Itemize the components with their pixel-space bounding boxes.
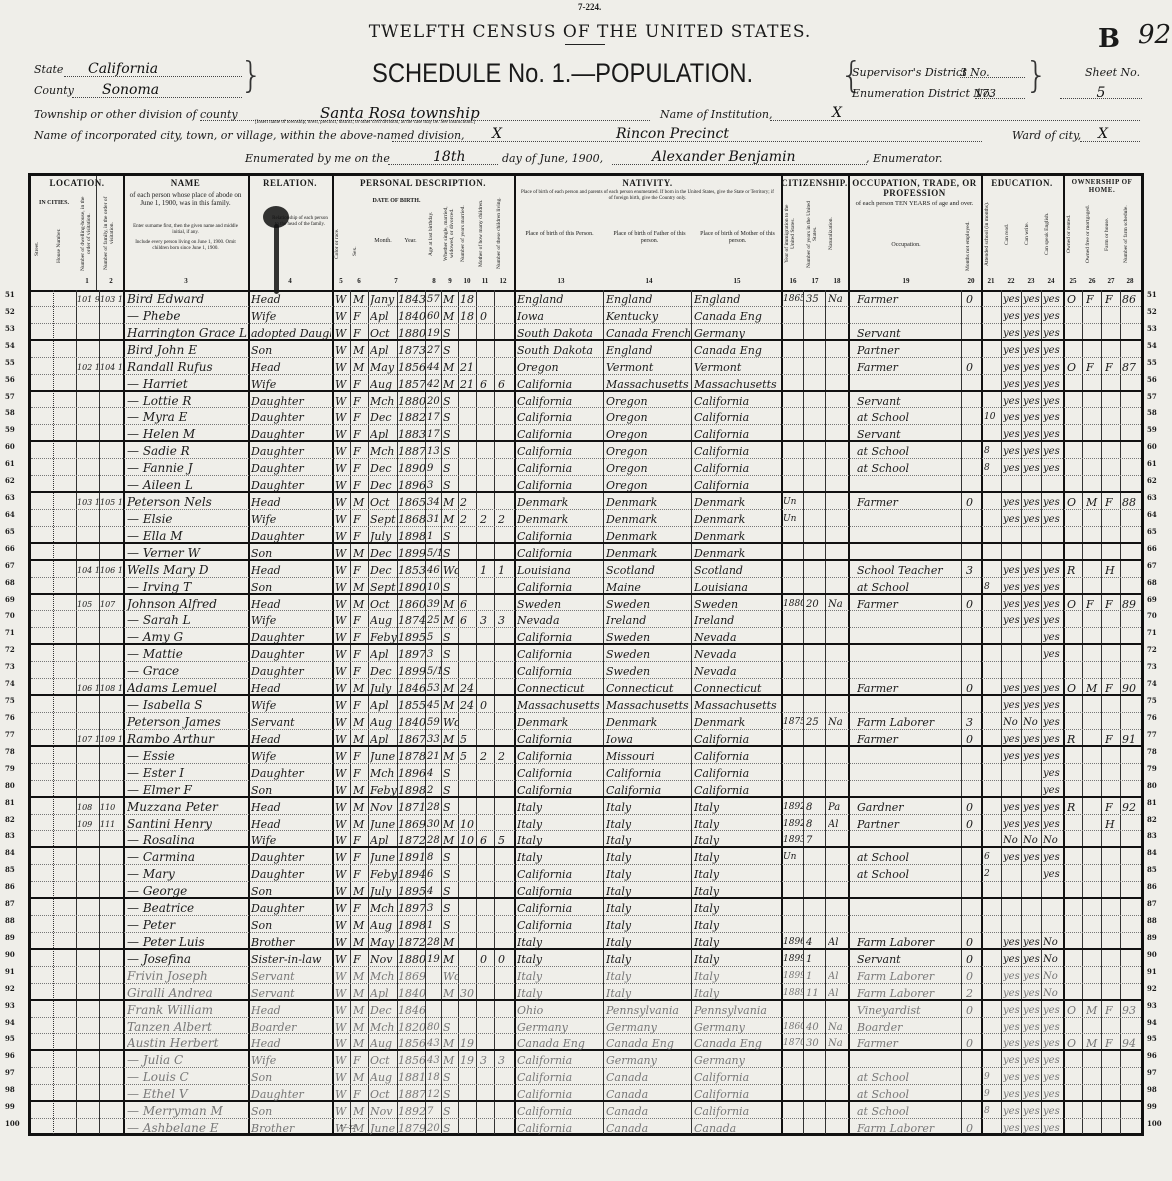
relation: Son xyxy=(251,1103,331,1120)
marital-status: S xyxy=(443,426,458,443)
birthplace-mother: Vermont xyxy=(694,359,780,376)
birthplace-mother: Italy xyxy=(694,832,780,849)
sex: M xyxy=(353,680,367,697)
birth-year: 1840 xyxy=(398,714,425,731)
row-number-left: 91 xyxy=(5,967,15,976)
relation: Son xyxy=(251,782,331,799)
occupation: Farmer xyxy=(857,731,961,748)
owned-or-rented: R xyxy=(1067,731,1082,748)
col-number: 4 xyxy=(280,277,300,285)
sex: F xyxy=(353,951,367,968)
can-speak-english: yes xyxy=(1043,1002,1062,1019)
birthplace-mother: Sweden xyxy=(694,596,780,613)
free-or-mortgaged: F xyxy=(1086,596,1101,613)
birth-year: 1890 xyxy=(398,579,425,596)
relation: Wife xyxy=(251,748,331,765)
table-row: 79 — Ester I Daughter W F Mch 1896 4 S C… xyxy=(31,764,1141,781)
birth-month: Apl xyxy=(370,985,397,1002)
col-number: 10 xyxy=(459,277,475,285)
person-name: — Julia C xyxy=(127,1052,247,1069)
birthplace-person: Italy xyxy=(517,799,602,816)
state-label: State xyxy=(34,63,63,76)
row-number-left: 90 xyxy=(5,950,15,959)
dwelling-number: 106 104 xyxy=(77,680,99,697)
ward-value: X xyxy=(1098,126,1108,142)
row-number-left: 72 xyxy=(5,645,15,654)
can-read: yes xyxy=(1003,494,1021,511)
col-number: 19 xyxy=(896,277,916,285)
birthplace-person: Italy xyxy=(517,849,602,866)
color: W xyxy=(335,291,349,308)
can-write: yes xyxy=(1023,1035,1041,1052)
birthplace-person: California xyxy=(517,579,602,596)
years-in-us: 7 xyxy=(806,832,825,849)
year-of-immigration: 1893 xyxy=(783,832,803,849)
birth-year: 1891 xyxy=(398,849,425,866)
birth-year: 1895 xyxy=(398,883,425,900)
age: 28 xyxy=(427,799,441,816)
occupation: School Teacher xyxy=(857,562,961,579)
can-write: yes xyxy=(1023,579,1041,596)
can-write: yes xyxy=(1023,985,1041,1002)
birth-month: Aug xyxy=(370,714,397,731)
enumerator-field: Alexander Benjamin xyxy=(612,148,867,165)
years-married: 19 xyxy=(460,1052,476,1069)
table-row: 99 — Merryman M Son W M Nov 1892 7 S Cal… xyxy=(31,1102,1141,1119)
can-read: yes xyxy=(1003,849,1021,866)
group-relation: RELATION. xyxy=(248,178,332,188)
birth-month: July xyxy=(370,680,397,697)
sex: M xyxy=(353,494,367,511)
birth-year: 1898 xyxy=(398,782,425,799)
table-row: 83 — Rosalina Wife W F Apl 1872 28 M 10 … xyxy=(31,831,1141,848)
birthplace-mother: Germany xyxy=(694,325,780,342)
relation: Daughter xyxy=(251,393,331,410)
person-name: Peterson James xyxy=(127,714,247,731)
months-not-employed: 0 xyxy=(966,596,980,613)
marital-status: S xyxy=(443,545,458,562)
can-write: yes xyxy=(1023,460,1041,477)
relation: Daughter xyxy=(251,765,331,782)
sex: M xyxy=(353,1002,367,1019)
row-number-left: 100 xyxy=(5,1119,20,1128)
sex: F xyxy=(353,748,367,765)
sex: F xyxy=(353,511,367,528)
can-read: yes xyxy=(1003,612,1021,629)
relation: Daughter xyxy=(251,849,331,866)
birth-month: June xyxy=(370,748,397,765)
year-of-immigration: 1899 xyxy=(783,951,803,968)
family-number: 104 101 xyxy=(100,359,122,376)
group-ownership: OWNERSHIP OF HOME. xyxy=(1063,178,1141,194)
marital-status: Wd xyxy=(443,714,458,731)
supervisor-field: 3 xyxy=(960,63,1025,78)
birthplace-father: Italy xyxy=(606,832,690,849)
birthplace-mother: Massachusetts xyxy=(694,376,780,393)
color: W xyxy=(335,528,349,545)
row-number-right: 60 xyxy=(1147,442,1157,451)
color: W xyxy=(335,816,349,833)
birthplace-mother: Louisiana xyxy=(694,579,780,596)
year-of-immigration: 1875 xyxy=(783,714,803,731)
row-number-left: 92 xyxy=(5,984,15,993)
color: W xyxy=(335,765,349,782)
table-row: 100 — Ashbelane E Brother W M June 1879 … xyxy=(31,1119,1141,1136)
marital-status: S xyxy=(443,579,458,596)
relation: Daughter xyxy=(251,1086,331,1103)
county-field: Sonoma xyxy=(72,81,242,98)
row-number-left: 83 xyxy=(5,831,15,840)
col-number: 1 xyxy=(77,277,97,285)
naturalization: Na xyxy=(828,596,847,613)
birthplace-person: South Dakota xyxy=(517,342,602,359)
marital-status: S xyxy=(443,409,458,426)
relation: Daughter xyxy=(251,629,331,646)
row-number-right: 96 xyxy=(1147,1051,1157,1060)
row-number-right: 65 xyxy=(1147,527,1157,536)
age: 42 xyxy=(427,376,441,393)
row-number-left: 98 xyxy=(5,1085,15,1094)
birthplace-mother: Italy xyxy=(694,900,780,917)
birth-year: 1867 xyxy=(398,731,425,748)
relation: Daughter xyxy=(251,866,331,883)
relation: Servant xyxy=(251,714,331,731)
months-not-employed: 2 xyxy=(966,985,980,1002)
can-write: yes xyxy=(1023,291,1041,308)
person-name: — Louis C xyxy=(127,1069,247,1086)
table-row: 92 Giralli Andrea Servant W M Apl 1840 M… xyxy=(31,984,1141,1001)
institution-value: X xyxy=(832,105,842,121)
sex: F xyxy=(353,443,367,460)
table-row: 93 Frank William Head W M Dec 1846 Ohio … xyxy=(31,1001,1141,1018)
sex: M xyxy=(353,714,367,731)
col-birthplace-person: Place of birth of this Person. xyxy=(517,231,602,238)
table-row: 95 Austin Herbert Head W M Aug 1856 43 M… xyxy=(31,1034,1141,1051)
age: 1 xyxy=(427,528,441,545)
birth-month: Jany xyxy=(370,291,397,308)
person-name: — Lottie R xyxy=(127,393,247,410)
farm-schedule-number: 92 xyxy=(1122,799,1142,816)
table-row: 68 — Irving T Son W M Sept 1890 10 S Cal… xyxy=(31,578,1141,595)
birth-year: 1897 xyxy=(398,646,425,663)
can-speak-english: yes xyxy=(1043,799,1062,816)
months-not-employed: 0 xyxy=(966,680,980,697)
farm-schedule-number: 89 xyxy=(1122,596,1142,613)
color: W xyxy=(335,883,349,900)
can-read: yes xyxy=(1003,1120,1021,1137)
occupation: Vineyardist xyxy=(857,1002,961,1019)
naturalization: Pa xyxy=(828,799,847,816)
sex: F xyxy=(353,376,367,393)
district-brace-right: } xyxy=(1025,58,1048,94)
marital-status: S xyxy=(443,1120,458,1137)
row-number-right: 70 xyxy=(1147,611,1157,620)
occupation: at School xyxy=(857,1103,961,1120)
months-not-employed: 0 xyxy=(966,1035,980,1052)
col-number: 14 xyxy=(639,277,659,285)
birth-year: 1895 xyxy=(398,629,425,646)
can-speak-english: yes xyxy=(1043,393,1062,410)
can-read: yes xyxy=(1003,934,1021,951)
row-number-left: 73 xyxy=(5,662,15,671)
birthplace-person: California xyxy=(517,426,602,443)
can-speak-english: yes xyxy=(1043,511,1062,528)
col-sex: Sex. xyxy=(353,231,359,271)
row-number-left: 59 xyxy=(5,425,15,434)
table-row: 81 108 110 Muzzana Peter Head W M Nov 18… xyxy=(31,798,1141,815)
year-of-immigration: 1899 xyxy=(783,968,803,985)
divider xyxy=(514,176,516,290)
marital-status: M xyxy=(443,359,458,376)
birth-month: Dec xyxy=(370,460,397,477)
relation: Son xyxy=(251,579,331,596)
enumerated-month-label: day of June, 1900, xyxy=(502,152,603,165)
can-speak-english: No xyxy=(1043,934,1062,951)
color: W xyxy=(335,579,349,596)
naturalization: Na xyxy=(828,291,847,308)
birthplace-person: California xyxy=(517,443,602,460)
table-row: 78 — Essie Wife W F June 1878 21 M 5 2 2… xyxy=(31,747,1141,764)
person-name: Wells Mary D xyxy=(127,562,247,579)
age: 4 xyxy=(427,765,441,782)
mother-of-children: 0 xyxy=(480,308,494,325)
birthplace-mother: Canada Eng xyxy=(694,342,780,359)
table-row: 80 — Elmer F Son W M Feby 1898 2 S Calif… xyxy=(31,781,1141,798)
birth-year: 1853 xyxy=(398,562,425,579)
can-read: yes xyxy=(1003,342,1021,359)
marital-status: Wd xyxy=(443,968,458,985)
row-number-right: 92 xyxy=(1147,984,1157,993)
can-speak-english: yes xyxy=(1043,765,1062,782)
sex: F xyxy=(353,765,367,782)
relation: Daughter xyxy=(251,528,331,545)
birth-year: 1899 xyxy=(398,663,425,680)
birthplace-father: Italy xyxy=(606,951,690,968)
enumerator-name: Alexander Benjamin xyxy=(652,149,796,165)
birth-month: July xyxy=(370,528,397,545)
dwelling-number: 109 xyxy=(77,816,99,833)
row-number-left: 58 xyxy=(5,408,15,417)
row-number-right: 72 xyxy=(1147,645,1157,654)
sex: M xyxy=(353,1120,367,1137)
name-instruction-1: Enter surname first, then the given name… xyxy=(129,224,242,235)
form-code: 7-224. xyxy=(578,2,601,12)
marital-status: M xyxy=(443,731,458,748)
table-row: 75 — Isabella S Wife W F Apl 1855 45 M 2… xyxy=(31,696,1141,713)
color: W xyxy=(335,409,349,426)
color: W xyxy=(335,748,349,765)
can-speak-english: yes xyxy=(1043,1086,1062,1103)
children-living: 6 xyxy=(498,376,512,393)
birth-month: Aug xyxy=(370,1035,397,1052)
row-number-right: 69 xyxy=(1147,595,1157,604)
birthplace-mother: Nevada xyxy=(694,663,780,680)
age: 7 xyxy=(427,1103,441,1120)
row-number-left: 97 xyxy=(5,1068,15,1077)
years-married: 5 xyxy=(460,731,476,748)
person-name: — Amy G xyxy=(127,629,247,646)
birthplace-father: Maine xyxy=(606,579,690,596)
can-read: No xyxy=(1003,714,1021,731)
can-speak-english: yes xyxy=(1043,782,1062,799)
can-read: yes xyxy=(1003,308,1021,325)
person-name: — Ester I xyxy=(127,765,247,782)
birth-month: May xyxy=(370,359,397,376)
birthplace-mother: California xyxy=(694,1086,780,1103)
birthplace-person: Nevada xyxy=(517,612,602,629)
marital-status: S xyxy=(443,900,458,917)
relation: Son xyxy=(251,1069,331,1086)
group-occupation: OCCUPATION, TRADE, OR PROFESSION xyxy=(848,178,981,198)
row-number-right: 77 xyxy=(1147,730,1157,739)
table-row: 66 — Verner W Son W M Dec 1899 5/12 S Ca… xyxy=(31,544,1141,561)
birth-month: Nov xyxy=(370,799,397,816)
birthplace-person: California xyxy=(517,1052,602,1069)
can-speak-english: yes xyxy=(1043,376,1062,393)
relation: Wife xyxy=(251,612,331,629)
person-name: Adams Lemuel xyxy=(127,680,247,697)
birth-year: 1856 xyxy=(398,359,425,376)
relation: Head xyxy=(251,359,331,376)
birthplace-mother: Denmark xyxy=(694,511,780,528)
occupation: Farm Laborer xyxy=(857,934,961,951)
can-read: yes xyxy=(1003,968,1021,985)
birth-month: Dec xyxy=(370,663,397,680)
birth-year: 1880 xyxy=(398,325,425,342)
color: W xyxy=(335,460,349,477)
relation: Head xyxy=(251,731,331,748)
row-number-left: 89 xyxy=(5,933,15,942)
relation: Son xyxy=(251,883,331,900)
enumerated-day: 18th xyxy=(433,149,465,165)
col-number: 25 xyxy=(1065,277,1081,285)
age: 2 xyxy=(427,782,441,799)
color: W xyxy=(335,1052,349,1069)
can-read: yes xyxy=(1003,985,1021,1002)
supervisor-value: 3 xyxy=(960,66,967,79)
birthplace-person: Denmark xyxy=(517,511,602,528)
can-speak-english: yes xyxy=(1043,646,1062,663)
row-number-right: 58 xyxy=(1147,408,1157,417)
row-number-left: 68 xyxy=(5,578,15,587)
birthplace-father: Canada xyxy=(606,1086,690,1103)
birth-month: Feby xyxy=(370,782,397,799)
birthplace-mother: Italy xyxy=(694,985,780,1002)
attended-school: 8 xyxy=(984,579,1000,596)
year-of-immigration: 1896 xyxy=(783,934,803,951)
row-number-left: 52 xyxy=(5,307,15,316)
age: 34 xyxy=(427,494,441,511)
age: 45 xyxy=(427,697,441,714)
birthplace-mother: California xyxy=(694,443,780,460)
birth-year: 1840 xyxy=(398,308,425,325)
row-number-right: 53 xyxy=(1147,324,1157,333)
sex: M xyxy=(353,968,367,985)
birthplace-mother: Canada xyxy=(694,1120,780,1137)
row-number-right: 68 xyxy=(1147,578,1157,587)
sex: F xyxy=(353,426,367,443)
occupation: at School xyxy=(857,1086,961,1103)
row-number-left: 64 xyxy=(5,510,15,519)
can-write: yes xyxy=(1023,968,1041,985)
can-write: yes xyxy=(1023,511,1041,528)
person-name: Frank William xyxy=(127,1002,247,1019)
owned-or-rented: O xyxy=(1067,596,1082,613)
year-of-immigration: 1892 xyxy=(783,799,803,816)
group-citizenship: CITIZENSHIP. xyxy=(781,178,848,188)
birthplace-mother: Denmark xyxy=(694,714,780,731)
col-birthplace-father: Place of birth of Father of this person. xyxy=(607,231,692,244)
row-number-right: 78 xyxy=(1147,747,1157,756)
row-number-left: 62 xyxy=(5,476,15,485)
dwelling-number: 104 102 xyxy=(77,562,99,579)
col-can-read: Can read. xyxy=(1005,198,1011,270)
col-number: 3 xyxy=(176,277,196,285)
table-row: 58 — Myra E Daughter W F Dec 1882 17 S C… xyxy=(31,408,1141,425)
can-speak-english: yes xyxy=(1043,596,1062,613)
row-number-right: 66 xyxy=(1147,544,1157,553)
birth-year: 1897 xyxy=(398,900,425,917)
months-not-employed: 0 xyxy=(966,934,980,951)
farm-schedule-number: 93 xyxy=(1122,1002,1142,1019)
birth-year: 1857 xyxy=(398,376,425,393)
birthplace-person: California xyxy=(517,917,602,934)
birth-year: 1890 xyxy=(398,460,425,477)
occupation: at School xyxy=(857,866,961,883)
birthplace-person: California xyxy=(517,748,602,765)
col-naturalization: Naturalization. xyxy=(829,198,835,270)
row-number-left: 99 xyxy=(5,1102,15,1111)
years-in-us: 8 xyxy=(806,799,825,816)
age: 9 xyxy=(427,460,441,477)
birthplace-father: Denmark xyxy=(606,545,690,562)
children-living: 3 xyxy=(498,612,512,629)
person-name: Tanzen Albert xyxy=(127,1019,247,1036)
row-number-left: 84 xyxy=(5,848,15,857)
col-number: 20 xyxy=(963,277,979,285)
relation: Wife xyxy=(251,1052,331,1069)
person-name: — Mattie xyxy=(127,646,247,663)
row-number-left: 60 xyxy=(5,442,15,451)
farm-or-house: F xyxy=(1105,1035,1120,1052)
age: 43 xyxy=(427,1035,441,1052)
children-living: 1 xyxy=(498,562,512,579)
birthplace-person: California xyxy=(517,663,602,680)
color: W xyxy=(335,596,349,613)
birth-month: Apl xyxy=(370,731,397,748)
sex: F xyxy=(353,562,367,579)
row-number-right: 83 xyxy=(1147,831,1157,840)
can-write: yes xyxy=(1023,409,1041,426)
person-name: Johnson Alfred xyxy=(127,596,247,613)
person-name: Santini Henry xyxy=(127,816,247,833)
can-speak-english: yes xyxy=(1043,342,1062,359)
birthplace-person: Italy xyxy=(517,832,602,849)
birthplace-mother: California xyxy=(694,782,780,799)
row-number-left: 96 xyxy=(5,1051,15,1060)
person-name: — Grace xyxy=(127,663,247,680)
birthplace-mother: California xyxy=(694,765,780,782)
ward-label: Ward of city, xyxy=(1012,129,1081,142)
col-color: Color or race. xyxy=(335,216,341,271)
row-number-right: 94 xyxy=(1147,1018,1157,1027)
can-write: No xyxy=(1023,832,1041,849)
birth-year: 1868 xyxy=(398,511,425,528)
occupation: at School xyxy=(857,460,961,477)
table-body: 51 101 99 103 100 Bird Edward Head W M J… xyxy=(31,290,1141,1136)
farm-or-house: H xyxy=(1105,816,1120,833)
years-married: 24 xyxy=(460,697,476,714)
